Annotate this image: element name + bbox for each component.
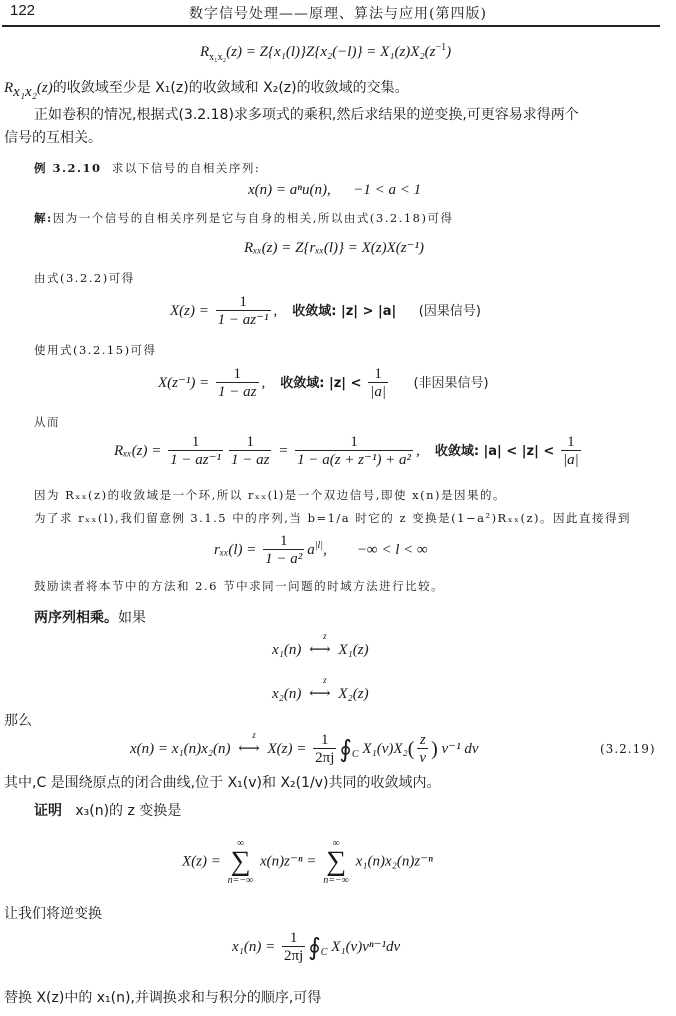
solution-text: 解:因为一个信号的自相关序列是它与自身的相关,所以由式(3.2.18)可得: [34, 210, 453, 226]
thus-label: 从而: [34, 414, 60, 430]
header-divider: [2, 25, 660, 27]
equation-Rxx: Rₓₓ(z) = Z{rₓₓ(l)} = X(z)X(z⁻¹): [244, 238, 424, 257]
equation-3-2-19: x(n) = x₁(n)x₂(n) z⟷ X(z) = 12πj∮C X₁(v)…: [130, 732, 478, 767]
equation-signal: x(n) = aⁿu(n), −1 < a < 1: [248, 182, 421, 199]
section-multiplication-heading: 两序列相乘。如果: [34, 607, 146, 627]
contour-integral-icon: ∮: [308, 935, 321, 961]
equation-Rxx-full: Rₓₓ(z) = 11 − az⁻¹11 − az = 11 − a(z + z…: [114, 434, 584, 469]
paragraph-encourage: 鼓励读者将本节中的方法和 2.6 节中求同一问题的时域方法进行比较。: [34, 578, 444, 594]
paragraph-roc: Rx₁x₂(z)的收敛域至少是 X₁(z)的收敛域和 X₂(z)的收敛域的交集。: [4, 77, 409, 97]
equation-pair-1: x₁(n) z⟷ X₁(z): [272, 640, 369, 659]
contour-integral-icon: ∮: [339, 737, 352, 763]
paragraph-convolution-line1: 正如卷积的情况,根据式(3.2.18)求多项式的乘积,然后求结果的逆变换,可更容…: [34, 104, 579, 124]
paragraph-find-rxx: 为了求 rₓₓ(l),我们留意例 3.1.5 中的序列,当 b=1/a 时它的 …: [34, 510, 631, 526]
paragraph-ring: 因为 Rₓₓ(z)的收敛域是一个环,所以 rₓₓ(l)是一个双边信号,即使 x(…: [34, 487, 506, 503]
equation-inverse-transform: x₁(n) = 12πj∮C X₁(v)vⁿ⁻¹dv: [232, 930, 400, 965]
equation-z-transform-sum: X(z) = ∞∑n=−∞ x(n)z⁻ⁿ = ∞∑n=−∞ x₁(n)x₂(n…: [182, 838, 433, 886]
example-heading: 例 3.2.10 求以下信号的自相关序列:: [34, 160, 260, 176]
equation-pair-2: x₂(n) z⟷ X₂(z): [272, 684, 369, 703]
equation-number: (3.2.19): [600, 742, 656, 756]
paragraph-inverse: 让我们将逆变换: [4, 903, 102, 923]
then-label: 那么: [4, 710, 32, 730]
paragraph-convolution-line2: 信号的互相关。: [4, 127, 102, 147]
paragraph-where-C: 其中,C 是围绕原点的闭合曲线,位于 X₁(v)和 X₂(1/v)共同的收敛域内…: [4, 772, 440, 792]
equation-rxx: rₓₓ(l) = 11 − a²a|l|, −∞ < l < ∞: [214, 533, 428, 568]
from-eq-322: 由式(3.2.2)可得: [34, 270, 135, 286]
proof-line: 证明 x₃(n)的 z 变换是: [34, 800, 181, 820]
using-eq-3215: 使用式(3.2.15)可得: [34, 342, 157, 358]
equation-cross-correlation: Rx₁x₂(z) = Z{x₁(l)}Z{x₂(−l)} = X₁(z)X₂(z…: [200, 44, 451, 61]
book-title-header: 数字信号处理——原理、算法与应用(第四版): [0, 3, 676, 23]
equation-Xz-inverse: X(z⁻¹) = 11 − az, 收敛域: |z| < 1|a| (非因果信号…: [158, 366, 489, 401]
paragraph-substitute: 替换 X(z)中的 x₁(n),并调换求和与积分的顺序,可得: [4, 987, 321, 1007]
equation-Xz: X(z) = 11 − az⁻¹, 收敛域: |z| > |a| (因果信号): [170, 294, 481, 329]
